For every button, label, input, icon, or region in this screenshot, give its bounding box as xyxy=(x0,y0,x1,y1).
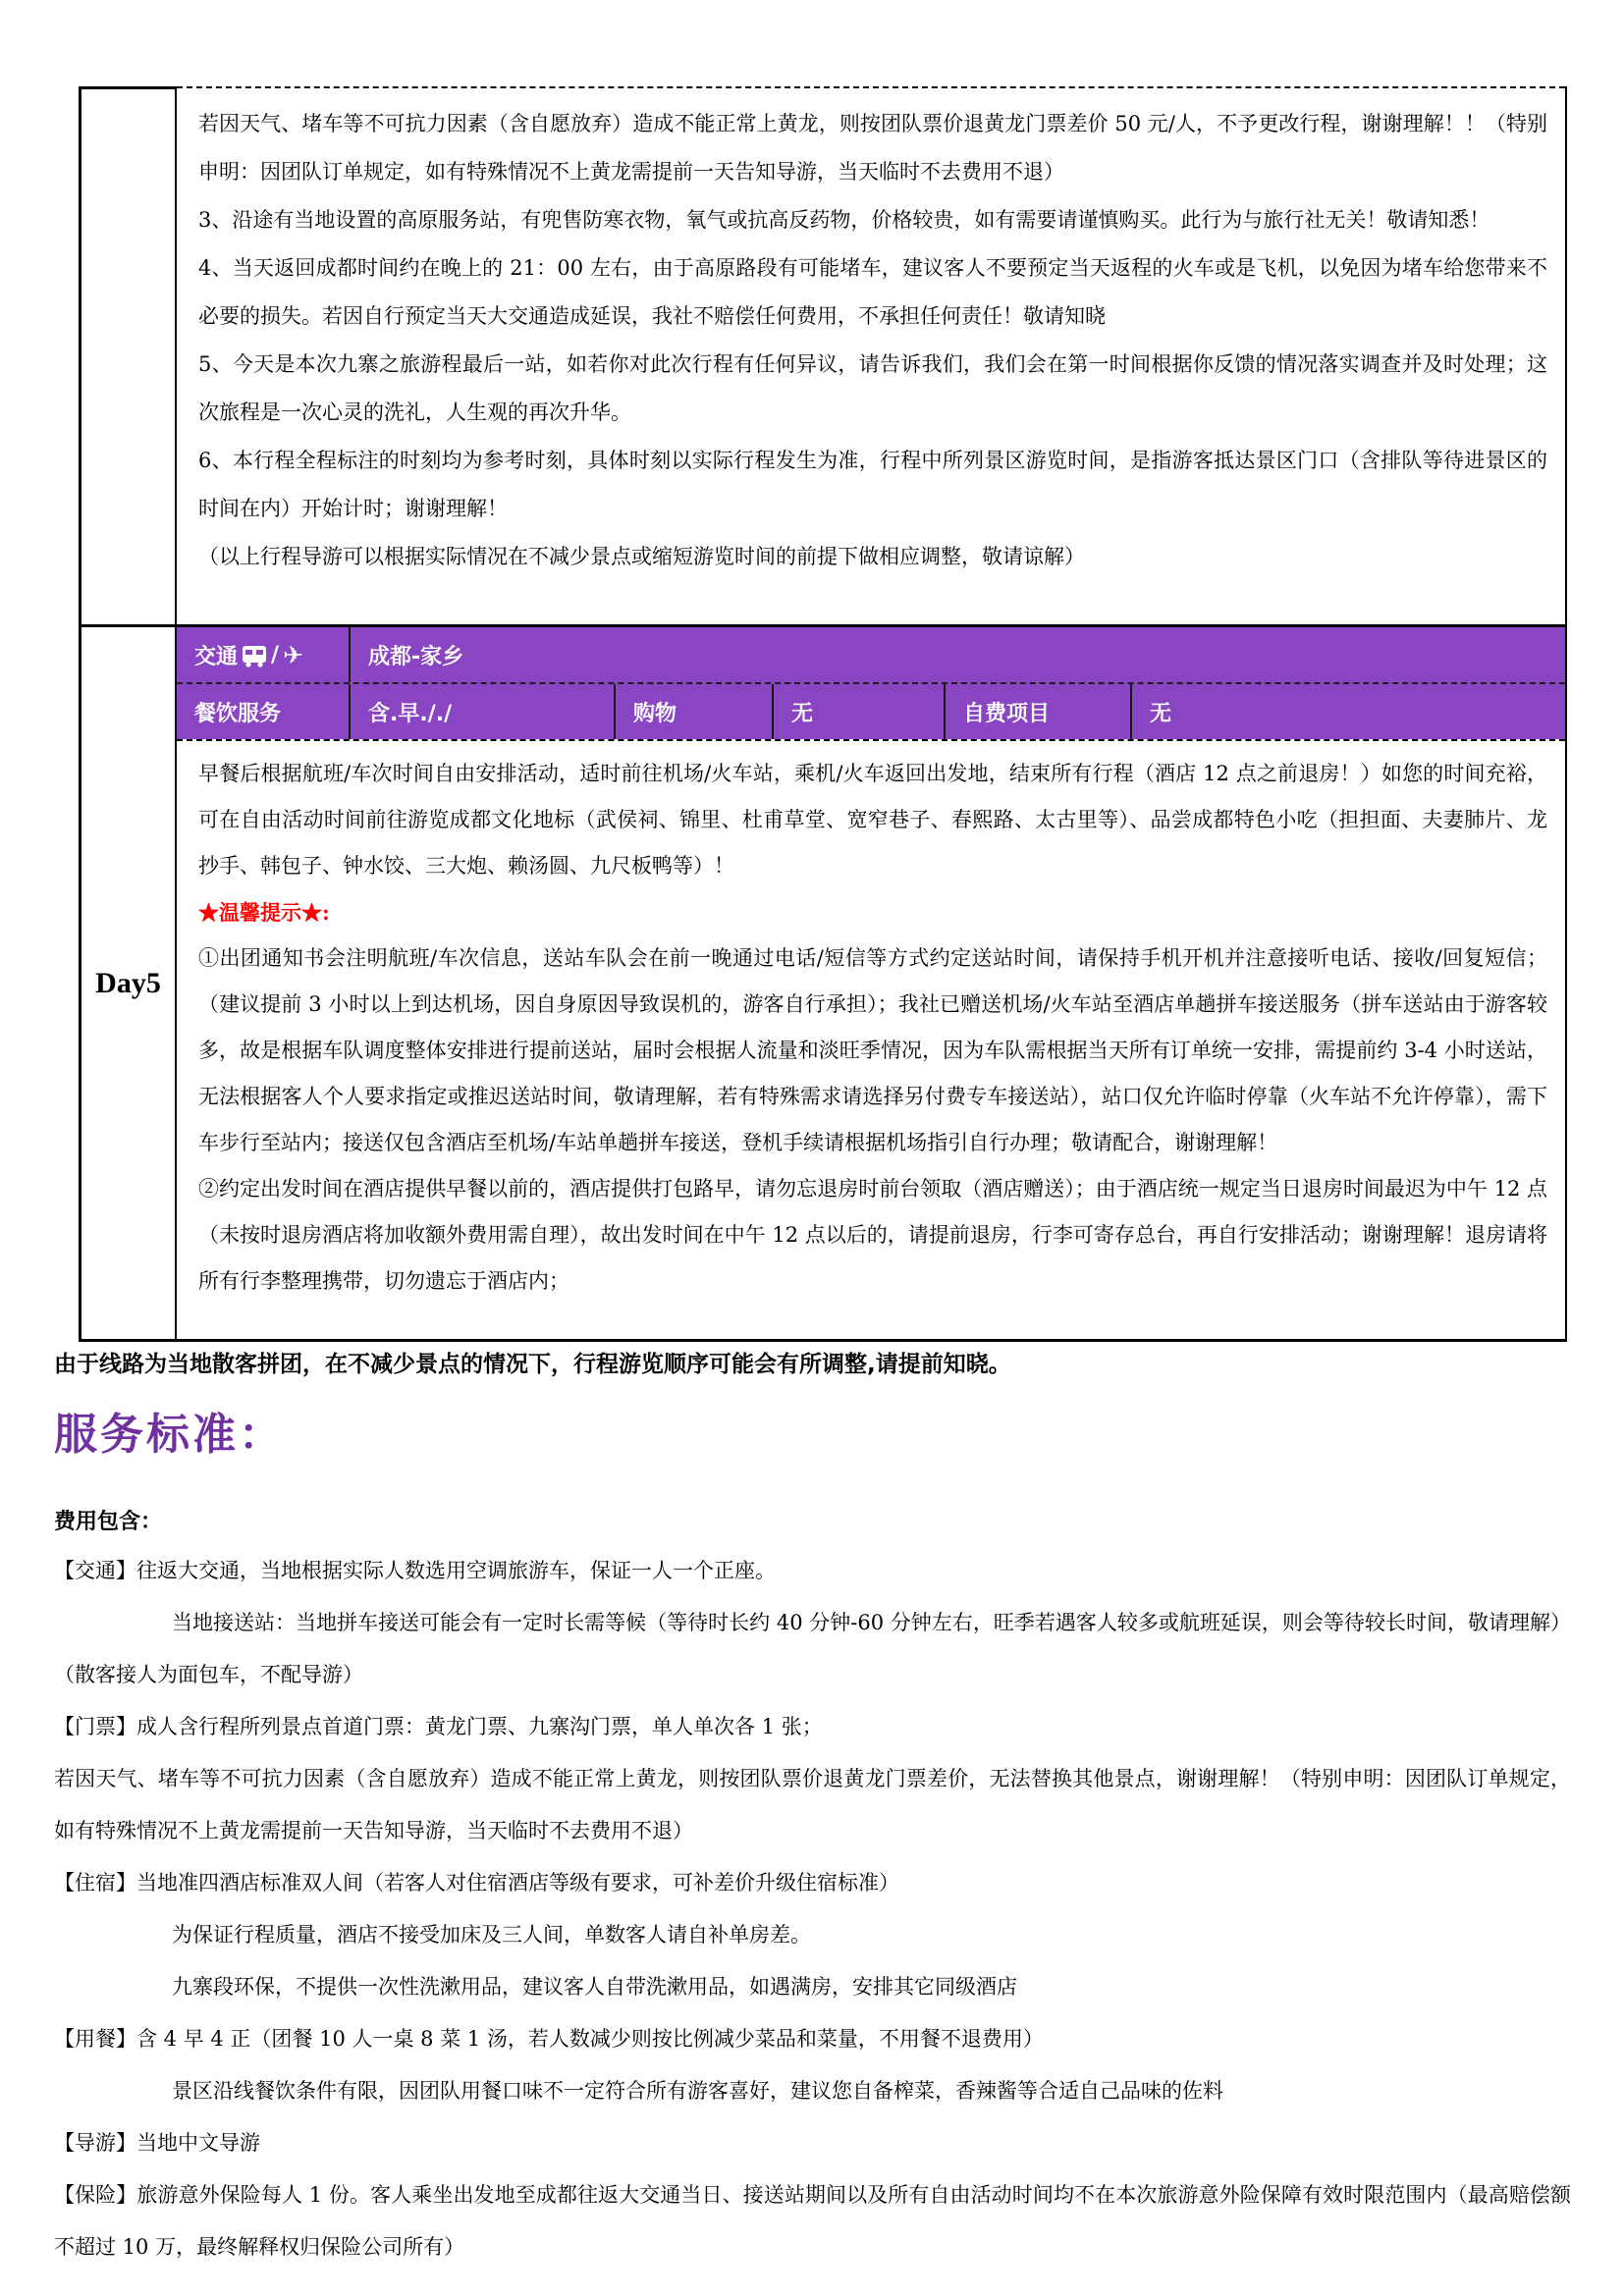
fee-include-list: 【交通】往返大交通，当地根据实际人数选用空调旅游车，保证一人一个正座。 当地接送… xyxy=(54,1545,1571,2273)
transport-value-cell: 成都-家乡 xyxy=(351,627,1565,682)
fee-item-lodging-sub: 九寨段环保，不提供一次性洗漱用品，建议客人自带洗漱用品，如遇满房，安排其它同级酒… xyxy=(54,1961,1571,2013)
fee-item-text: 当地中文导游 xyxy=(136,2131,260,2155)
transport-header-bar: 交通 / ✈ xyxy=(177,627,1565,682)
day5-description-cell: 早餐后根据航班/车次时间自由安排活动，适时前往机场/火车站，乘机/火车返回出发地… xyxy=(177,739,1565,1339)
note-paragraph: （以上行程导游可以根据实际情况在不减少景点或缩短游览时间的前提下做相应调整，敬请… xyxy=(198,533,1547,581)
day-label-cell-empty xyxy=(81,86,177,624)
shopping-value: 无 xyxy=(791,697,813,727)
day5-main-cell: 交通 / ✈ xyxy=(177,627,1565,1339)
meal-label-cell: 餐饮服务 xyxy=(177,684,351,739)
day5-paragraph: 早餐后根据航班/车次时间自由安排活动，适时前往机场/火车站，乘机/火车返回出发地… xyxy=(198,751,1547,889)
group-tour-notice: 由于线路为当地散客拼团，在不减少景点的情况下，行程游览顺序可能会有所调整,请提前… xyxy=(54,1349,1571,1380)
fee-item-transport-sub: 当地接送站：当地拼车接送可能会有一定时长需等候（等待时长约 40 分钟-60 分… xyxy=(54,1597,1571,1701)
fee-include-heading: 费用包含： xyxy=(54,1508,1571,1537)
shopping-label-cell: 购物 xyxy=(616,684,774,739)
fee-item-tickets-extra: 若因天气、堵车等不可抗力因素（含自愿放弃）造成不能正常上黄龙，则按团队票价退黄龙… xyxy=(54,1753,1571,1857)
meal-value-cell: 含.早././ xyxy=(351,684,616,739)
fee-item-meals-sub: 景区沿线餐饮条件有限，因团队用餐口味不一定符合所有游客喜好，建议您自备榨菜，香辣… xyxy=(54,2065,1571,2117)
bus-icon xyxy=(242,644,267,667)
self-pay-label-cell: 自费项目 xyxy=(946,684,1132,739)
self-pay-value-cell: 无 xyxy=(1132,684,1565,739)
shopping-label: 购物 xyxy=(633,697,677,727)
fee-item-tickets: 【门票】成人含行程所列景点首道门票：黄龙门票、九寨沟门票，单人单次各 1 张； xyxy=(54,1701,1571,1753)
note-paragraph: 5、今天是本次九寨之旅游程最后一站，如若你对此次行程有任何异议，请告诉我们，我们… xyxy=(198,341,1547,437)
self-pay-value: 无 xyxy=(1150,697,1171,727)
tips-title: ★温馨提示★: xyxy=(198,889,1547,935)
fee-item-transport: 【交通】往返大交通，当地根据实际人数选用空调旅游车，保证一人一个正座。 xyxy=(54,1545,1571,1597)
fee-item-lodging-sub: 为保证行程质量，酒店不接受加床及三人间，单数客人请自补单房差。 xyxy=(54,1909,1571,1961)
fee-item-guide: 【导游】当地中文导游 xyxy=(54,2117,1571,2169)
day5-label: Day5 xyxy=(95,967,161,1000)
self-pay-label: 自费项目 xyxy=(963,697,1050,727)
transport-slash: / xyxy=(271,643,279,667)
itinerary-page: 若因天气、堵车等不可抗力因素（含自愿放弃）造成不能正常上黄龙，则按团队票价退黄龙… xyxy=(0,0,1624,2296)
meal-header-bar: 餐饮服务 含.早././ 购物 无 自费项目 无 xyxy=(177,682,1565,739)
fee-item-label: 【住宿】 xyxy=(54,1871,136,1895)
fee-item-meals: 【用餐】含 4 早 4 正（团餐 10 人一桌 8 菜 1 汤，若人数减少则按比… xyxy=(54,2013,1571,2065)
fee-item-text: 当地准四酒店标准双人间（若客人对住宿酒店等级有要求，可补差价升级住宿标准） xyxy=(136,1871,899,1895)
fee-item-label: 【导游】 xyxy=(54,2131,136,2155)
fee-item-label: 【保险】 xyxy=(54,2183,136,2207)
meal-label: 餐饮服务 xyxy=(194,697,281,727)
fee-item-insurance: 【保险】旅游意外保险每人 1 份。客人乘坐出发地至成都往返大交通当日、接送站期间… xyxy=(54,2169,1571,2273)
transport-label-cell: 交通 / ✈ xyxy=(177,627,351,682)
note-paragraph: 6、本行程全程标注的时刻均为参考时刻，具体时刻以实际行程发生为准，行程中所列景区… xyxy=(198,437,1547,533)
fee-item-label: 【用餐】 xyxy=(54,2027,136,2051)
table-row-continuation: 若因天气、堵车等不可抗力因素（含自愿放弃）造成不能正常上黄龙，则按团队票价退黄龙… xyxy=(81,86,1565,624)
fee-item-text: 往返大交通，当地根据实际人数选用空调旅游车，保证一人一个正座。 xyxy=(136,1559,776,1582)
transport-label: 交通 xyxy=(194,640,238,670)
shopping-value-cell: 无 xyxy=(774,684,946,739)
meal-value: 含.早././ xyxy=(368,697,452,727)
fee-item-text: 含 4 早 4 正（团餐 10 人一桌 8 菜 1 汤，若人数减少则按比例减少菜… xyxy=(136,2027,1044,2051)
itinerary-table: 若因天气、堵车等不可抗力因素（含自愿放弃）造成不能正常上黄龙，则按团队票价退黄龙… xyxy=(79,86,1567,1342)
fee-item-text: 成人含行程所列景点首道门票：黄龙门票、九寨沟门票，单人单次各 1 张； xyxy=(136,1715,823,1738)
tip-paragraph: ②约定出发时间在酒店提供早餐以前的，酒店提供打包路早，请勿忘退房时前台领取（酒店… xyxy=(198,1166,1547,1305)
note-paragraph: 4、当天返回成都时间约在晚上的 21：00 左右，由于高原路段有可能堵车，建议客… xyxy=(198,244,1547,341)
fee-item-text: 旅游意外保险每人 1 份。客人乘坐出发地至成都往返大交通当日、接送站期间以及所有… xyxy=(54,2183,1571,2259)
plane-icon: ✈ xyxy=(283,643,303,667)
tip-paragraph: ①出团通知书会注明航班/车次信息，送站车队会在前一晚通过电话/短信等方式约定送站… xyxy=(198,935,1547,1166)
transport-value: 成都-家乡 xyxy=(368,640,463,670)
note-paragraph: 若因天气、堵车等不可抗力因素（含自愿放弃）造成不能正常上黄龙，则按团队票价退黄龙… xyxy=(198,100,1547,196)
service-standard-heading: 服务标准： xyxy=(54,1410,1571,1461)
fee-item-lodging: 【住宿】当地准四酒店标准双人间（若客人对住宿酒店等级有要求，可补差价升级住宿标准… xyxy=(54,1857,1571,1909)
continuation-notes-cell: 若因天气、堵车等不可抗力因素（含自愿放弃）造成不能正常上黄龙，则按团队票价退黄龙… xyxy=(177,86,1565,624)
fee-item-label: 【门票】 xyxy=(54,1715,136,1738)
service-standard-section: 由于线路为当地散客拼团，在不减少景点的情况下，行程游览顺序可能会有所调整,请提前… xyxy=(54,1349,1571,2273)
day5-label-cell: Day5 xyxy=(81,627,177,1339)
table-row-day5: Day5 交通 xyxy=(81,624,1565,1339)
note-paragraph: 3、沿途有当地设置的高原服务站，有兜售防寒衣物，氧气或抗高反药物，价格较贵，如有… xyxy=(198,196,1547,244)
fee-item-label: 【交通】 xyxy=(54,1559,136,1582)
